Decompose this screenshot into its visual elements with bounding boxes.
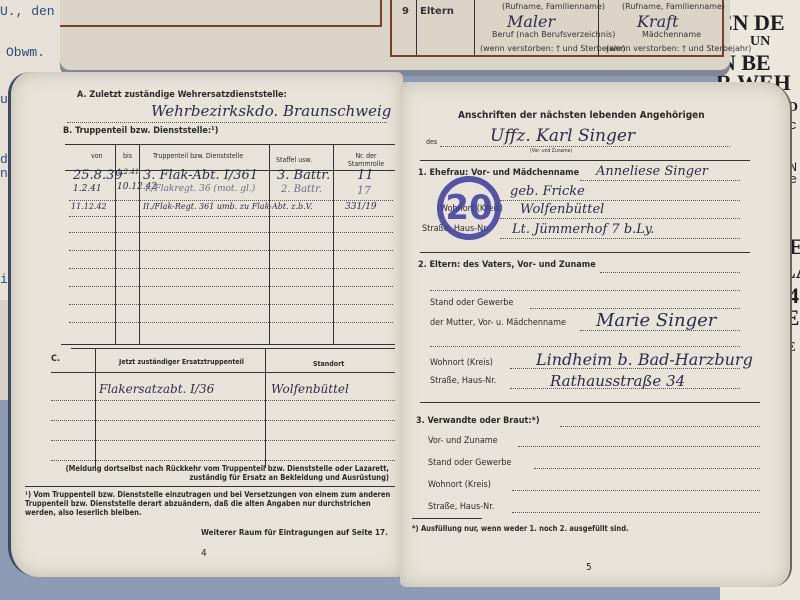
des-sublabel: (Vor- und Zuname) [530, 148, 572, 154]
top-booklet-left-frame [60, 0, 382, 27]
mother-name: Marie Singer [596, 310, 716, 331]
parents-wohnort-value: Lindheim b. Bad-Harzburg [536, 350, 753, 369]
wife-maiden-name: geb. Fricke [510, 184, 585, 199]
col-header-staffel: Staffel usw. [276, 156, 312, 164]
cell-von: 1.2.41 [73, 184, 102, 194]
section-b-label: B. Truppenteil bzw. Dienststelle:¹) [63, 126, 218, 136]
wife-wohnort-value: Wolfenbüttel [520, 202, 604, 217]
cell-unit: 3. Flak-Abt. I/361 [143, 168, 258, 183]
row-label: Eltern [420, 6, 454, 17]
cell-nr: 11 [357, 168, 374, 183]
label-rufname-mother: (Rufname, Familienname) [622, 2, 725, 11]
booklet-page-4: A. Zuletzt zuständige Wehrersatzdienstst… [8, 72, 403, 577]
page-title: Anschriften der nächsten lebenden Angehö… [458, 110, 705, 121]
footnote: *) Ausfüllung nur, wenn weder 1. noch 2.… [412, 524, 629, 533]
section-c-label: C. [51, 354, 60, 364]
row-number: 9 [402, 6, 409, 17]
booklet-page-5: Anschriften der nächsten lebenden Angehö… [400, 82, 792, 587]
relative-name-label: Vor- und Zuname [428, 436, 498, 446]
meldung-note: (Meldung dortselbst nach Rückkehr vom Tr… [49, 464, 389, 482]
col-header-truppenteil: Truppenteil bzw. Dienststelle [153, 152, 243, 160]
cell-nr: 17 [357, 184, 371, 197]
label-maedchenname: Mädchenname [642, 30, 701, 39]
cell-von: 25.8.39 [73, 168, 123, 183]
mother-maiden-name: Kraft [637, 12, 679, 31]
cell-bis: 1.2.41 [117, 168, 139, 176]
wife-name: Anneliese Singer [596, 164, 708, 179]
typed-line: Obwm. [6, 45, 45, 60]
father-occupation: Maler [507, 12, 555, 31]
typed-line: U., den [0, 4, 55, 19]
parents-strasse-label: Straße, Haus-Nr. [430, 376, 496, 386]
cell-von: 11.12.42 [71, 202, 107, 211]
label-verstorben-mother: (wenn verstorben: † und Sterbejahr) [606, 44, 751, 53]
top-booklet: 9 Eltern (Rufname, Familienname) (Rufnam… [60, 0, 730, 70]
relative-stand-label: Stand oder Gewerbe [428, 458, 511, 468]
des-label: des [426, 138, 437, 146]
cell-staffel: 3. Battr. [277, 168, 330, 183]
stamp-number: 20 [443, 188, 495, 228]
label-beruf: Beruf (nach Berufsverzeichnis) [492, 30, 615, 39]
col-header-von: von [91, 152, 103, 160]
wife-strasse-value: Lt. Jümmerhof 7 b.Ly. [512, 222, 654, 237]
father-stand-label: Stand oder Gewerbe [430, 298, 513, 308]
parents-wohnort-label: Wohnort (Kreis) [430, 358, 493, 368]
section-c-standort: Wolfenbüttel [271, 382, 349, 396]
label-verstorben: (wenn verstorben: † und Sterbejahr) [480, 44, 625, 53]
page-number: 4 [201, 548, 207, 559]
label-rufname: (Rufname, Familienname) [502, 2, 605, 11]
top-booklet-parents-table: 9 Eltern (Rufname, Familienname) (Rufnam… [390, 0, 724, 57]
section-a-value: Wehrbezirkskdo. Braunschweig [151, 102, 391, 120]
col-header-standort: Standort [313, 360, 344, 368]
col-header-ersatztruppenteil: Jetzt zuständiger Ersatztruppenteil [119, 358, 244, 366]
cell-nr: 331/19 [345, 202, 377, 212]
section-a-label: A. Zuletzt zuständige Wehrersatzdienstst… [77, 90, 287, 100]
col-header-stammrolle: Nr. der Stammrolle [343, 152, 389, 168]
col-header-bis: bis [123, 152, 132, 160]
section-3-label: 3. Verwandte oder Braut:*) [416, 416, 540, 426]
section-2-label: 2. Eltern: des Vaters, Vor- und Zuname [418, 260, 596, 270]
section-c-unit: Flakersatzabt. I/36 [99, 382, 214, 396]
des-value: Uffz. Karl Singer [490, 126, 635, 146]
cell-unit: II./Flak-Regt. 361 umb. zu Flak-Abt. z.b… [143, 202, 313, 211]
section-1-label: 1. Ehefrau: Vor- und Mädchenname [418, 168, 579, 178]
relative-wohnort-label: Wohnort (Kreis) [428, 480, 491, 490]
cell-staffel: 2. Battr. [281, 184, 322, 195]
relative-strasse-label: Straße, Haus-Nr. [428, 502, 494, 512]
continue-note: Weiterer Raum für Eintragungen auf Seite… [201, 528, 388, 537]
footnote: ¹) Vom Truppenteil bzw. Dienststelle ein… [25, 490, 393, 517]
mother-label: der Mutter, Vor- u. Mädchenname [430, 318, 566, 328]
cell-unit: I./Flakregt. 36 (mot. gl.) [145, 184, 255, 194]
ink-stamp: 20 [437, 176, 501, 240]
printed-line: UN [750, 34, 770, 50]
page-number: 5 [586, 562, 592, 573]
